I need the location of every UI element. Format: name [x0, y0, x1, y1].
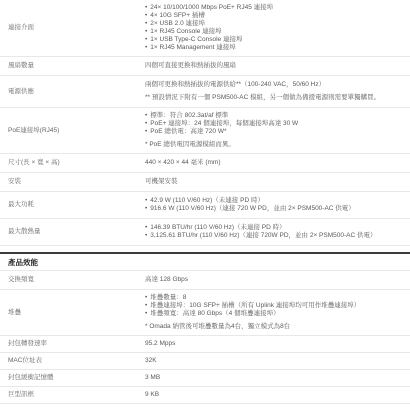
spec-label: 風扇數量	[0, 62, 145, 70]
spec-value-line: 4× 10G SFP+ 插槽	[145, 12, 402, 20]
spec-value-line: 3,125.61 BTU/hr (110 V/60 Hz)（連接 720W PD…	[145, 232, 402, 240]
spec-footnote: ** 預設情況下附有一個 PSM500-AC 模組，另一個做為備援電源則需要單獨…	[145, 94, 402, 102]
spec-row-interfaces: 連接介面 24× 10/100/1000 Mbps PoE+ RJ45 連接埠 …	[0, 0, 410, 57]
spec-label: 尺寸(長 × 寬 × 高)	[0, 159, 145, 167]
spec-row-jumbo-frame: 巨型訊框 9 KB	[0, 387, 410, 404]
spec-value-line: 1× RJ45 Console 連接埠	[145, 28, 402, 36]
spec-value: 9 KB	[145, 391, 410, 399]
spec-value-line: 916.6 W (110 V/60 Hz)（連接 720 W PD，並由 2× …	[145, 205, 402, 213]
section-title-performance: 產品效能	[0, 252, 410, 271]
spec-row-power-supply: 電源供應 兩個可更換和熱插拔的電源供給**（100-240 VAC，50/60 …	[0, 76, 410, 108]
spec-row-mounting: 安裝 可機架安裝	[0, 173, 410, 192]
spec-value-line: PoE+ 連接埠：24 個連接埠，每個連接埠高達 30 W	[145, 120, 402, 128]
spec-value-line: 標準：符合 802.3at/af 標準	[145, 112, 402, 120]
spec-label: PoE連接埠(RJ45)	[0, 127, 145, 135]
spec-label: 電源供應	[0, 88, 145, 96]
spec-label: 封包轉發速率	[0, 340, 145, 348]
spec-label: 最大散熱量	[0, 228, 145, 236]
spec-value: 440 × 420 × 44 毫米 (mm)	[145, 159, 410, 167]
spec-value: 24× 10/100/1000 Mbps PoE+ RJ45 連接埠 4× 10…	[145, 4, 410, 52]
spec-value-line: 24× 10/100/1000 Mbps PoE+ RJ45 連接埠	[145, 4, 402, 12]
spec-value-line: 3 MB	[145, 374, 402, 382]
spec-label: 連接介面	[0, 24, 145, 32]
spec-value: 標準：符合 802.3at/af 標準 PoE+ 連接埠：24 個連接埠，每個連…	[145, 112, 410, 149]
spec-value: 146.39 BTU/hr (110 V/60 Hz)（未連接 PD 時） 3,…	[145, 224, 410, 240]
spec-value-line: 兩個可更換和熱插拔的電源供給**（100-240 VAC，50/60 Hz）	[145, 81, 402, 89]
spec-value-line: 1× RJ45 Management 連接埠	[145, 44, 402, 52]
spec-row-switching-bandwidth: 交換頻寬 高達 128 Gbps	[0, 271, 410, 290]
spec-label: MAC位址表	[0, 357, 145, 365]
spec-value-line: 堆疊數量：8	[145, 294, 402, 302]
spec-table: 連接介面 24× 10/100/1000 Mbps PoE+ RJ45 連接埠 …	[0, 0, 410, 404]
spec-label: 交換頻寬	[0, 276, 145, 284]
spec-value: 32K	[145, 357, 410, 365]
spec-value-line: 高達 128 Gbps	[145, 276, 402, 284]
spec-row-max-heat-dissipation: 最大散熱量 146.39 BTU/hr (110 V/60 Hz)（未連接 PD…	[0, 219, 410, 246]
spec-row-stacking: 堆疊 堆疊數量：8 堆疊連接埠：10G SFP+ 插槽（所有 Uplink 連接…	[0, 290, 410, 336]
spec-value-line: 9 KB	[145, 391, 402, 399]
spec-value: 42.9 W (110 V/60 Hz)（未連接 PD 時） 916.6 W (…	[145, 197, 410, 213]
spec-value-line: 2× USB 2.0 連接埠	[145, 20, 402, 28]
spec-row-forwarding-rate: 封包轉發速率 95.2 Mpps	[0, 336, 410, 353]
spec-row-dimensions: 尺寸(長 × 寬 × 高) 440 × 420 × 44 毫米 (mm)	[0, 154, 410, 173]
spec-value-line: 95.2 Mpps	[145, 340, 402, 348]
spec-label: 最大功耗	[0, 201, 145, 209]
spec-value: 堆疊數量：8 堆疊連接埠：10G SFP+ 插槽（所有 Uplink 連接埠均可…	[145, 294, 410, 331]
spec-value-line: PoE 總供電：高達 720 W*	[145, 128, 402, 136]
spec-value-line: 堆疊頻寬：高達 80 Gbps（4 個堆疊連接埠）	[145, 310, 402, 318]
spec-value-line: 可機架安裝	[145, 178, 402, 186]
spec-value: 兩個可更換和熱插拔的電源供給**（100-240 VAC，50/60 Hz） *…	[145, 81, 410, 102]
spec-value-line: 146.39 BTU/hr (110 V/60 Hz)（未連接 PD 時）	[145, 224, 402, 232]
spec-value-line: 1× USB Type-C Console 連接埠	[145, 36, 402, 44]
spec-value-line: 四個可直接更換和熱插拔的風扇	[145, 62, 402, 70]
spec-value-line: 32K	[145, 357, 402, 365]
spec-value: 高達 128 Gbps	[145, 276, 410, 284]
spec-row-mac-table: MAC位址表 32K	[0, 353, 410, 370]
spec-row-max-power-consumption: 最大功耗 42.9 W (110 V/60 Hz)（未連接 PD 時） 916.…	[0, 192, 410, 219]
spec-row-fans: 風扇數量 四個可直接更換和熱插拔的風扇	[0, 57, 410, 76]
spec-value-line: 440 × 420 × 44 毫米 (mm)	[145, 159, 402, 167]
spec-value-line: 42.9 W (110 V/60 Hz)（未連接 PD 時）	[145, 197, 402, 205]
spec-label: 封包緩衝記憶體	[0, 374, 145, 382]
spec-value: 3 MB	[145, 374, 410, 382]
spec-label: 安裝	[0, 178, 145, 186]
spec-label: 巨型訊框	[0, 391, 145, 399]
spec-value: 95.2 Mpps	[145, 340, 410, 348]
spec-footnote: * PoE 總供電因電源模組而異。	[145, 141, 402, 149]
spec-footnote: * Omada 納管後可堆疊數量為4台，獨立模式為8台	[145, 323, 402, 331]
spec-value: 可機架安裝	[145, 178, 410, 186]
spec-value: 四個可直接更換和熱插拔的風扇	[145, 62, 410, 70]
spec-row-packet-buffer: 封包緩衝記憶體 3 MB	[0, 370, 410, 387]
spec-value-line: 堆疊連接埠：10G SFP+ 插槽（所有 Uplink 連接埠均可用作堆疊連接埠…	[145, 302, 402, 310]
spec-label: 堆疊	[0, 309, 145, 317]
spec-row-poe-ports: PoE連接埠(RJ45) 標準：符合 802.3at/af 標準 PoE+ 連接…	[0, 108, 410, 154]
